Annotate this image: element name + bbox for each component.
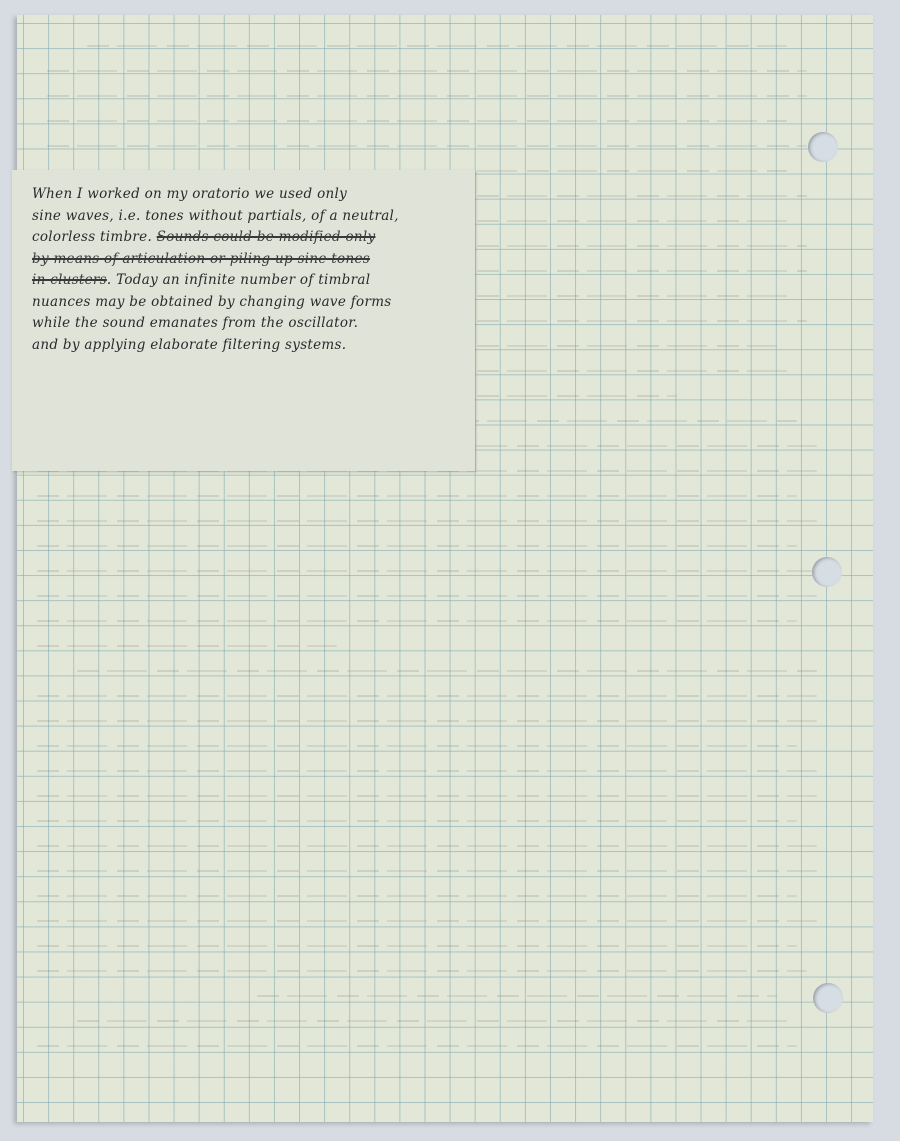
- struck-text: Sounds could be modified only: [157, 229, 376, 245]
- note-line-7: while the sound emanates from the oscill…: [32, 313, 472, 335]
- punch-hole-top: [808, 132, 838, 162]
- struck-text: by means of articulation or piling up si…: [32, 251, 370, 267]
- struck-text: in clusters: [32, 272, 107, 288]
- note-line-1: When I worked on my oratorio we used onl…: [32, 184, 472, 206]
- note-line-5: in clusters. Today an infinite number of…: [32, 270, 472, 292]
- note-line-8: and by applying elaborate filtering syst…: [32, 335, 472, 357]
- note-line-6: nuances may be obtained by changing wave…: [32, 292, 472, 314]
- punch-hole-middle: [812, 557, 842, 587]
- punch-hole-bottom: [813, 983, 843, 1013]
- note-line-3: colorless timbre. Sounds could be modifi…: [32, 227, 472, 249]
- note-line-2: sine waves, i.e. tones without partials,…: [32, 206, 472, 228]
- pasted-handwritten-note: When I worked on my oratorio we used onl…: [12, 170, 475, 471]
- note-text: When I worked on my oratorio we used onl…: [32, 184, 472, 356]
- note-line-4: by means of articulation or piling up si…: [32, 249, 472, 271]
